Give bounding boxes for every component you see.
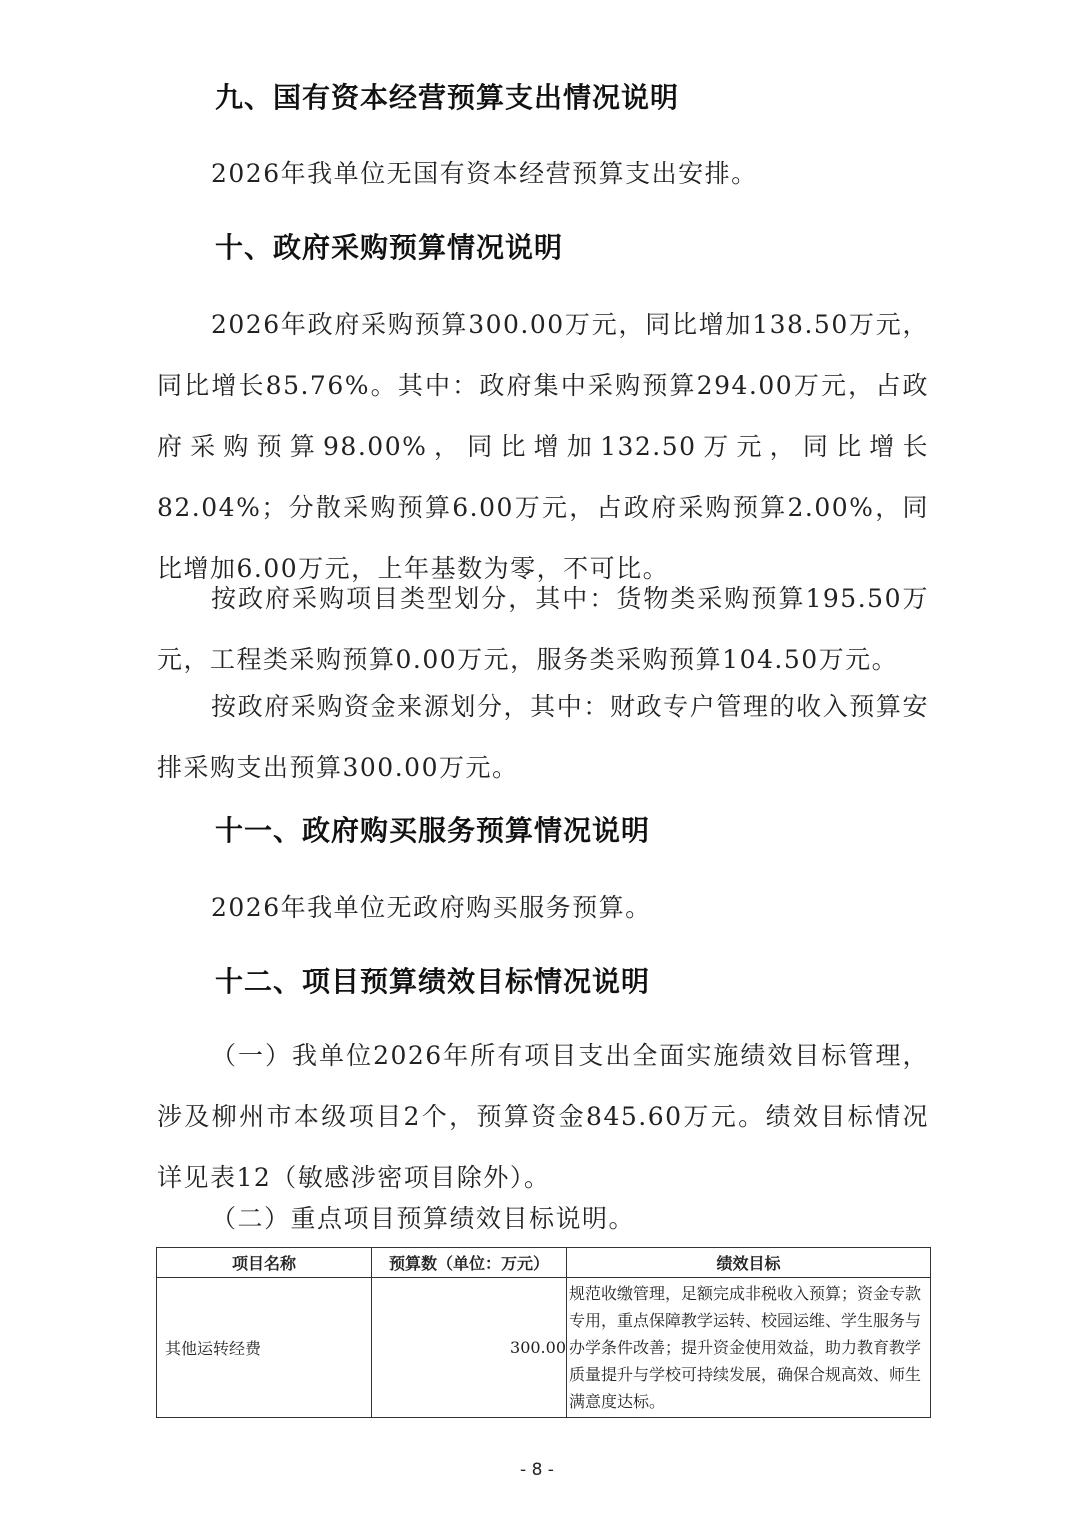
cell-project-name: 其他运转经费 <box>157 1278 372 1418</box>
cell-performance-goal: 规范收缴管理，足额完成非税收入预算；资金专款专用，重点保障教学运转、校园运维、学… <box>567 1278 931 1418</box>
column-header-goals: 绩效目标 <box>567 1248 931 1278</box>
section-heading-12: 十二、项目预算绩效目标情况说明 <box>215 962 650 1002</box>
page-number: - 8 - <box>0 1460 1074 1480</box>
column-header-project-name: 项目名称 <box>157 1248 372 1278</box>
paragraph: 2026年我单位无国有资本经营预算支出安排。 <box>157 143 929 204</box>
paragraph: （一）我单位2026年所有项目支出全面实施绩效目标管理，涉及柳州市本级项目2个，… <box>157 1025 929 1208</box>
performance-goals-table: 项目名称 预算数（单位：万元） 绩效目标 其他运转经费 300.00 规范收缴管… <box>156 1247 931 1418</box>
section-heading-11: 十一、政府购买服务预算情况说明 <box>215 811 650 851</box>
table-header-row: 项目名称 预算数（单位：万元） 绩效目标 <box>157 1248 931 1278</box>
table-row: 其他运转经费 300.00 规范收缴管理，足额完成非税收入预算；资金专款专用，重… <box>157 1278 931 1418</box>
paragraph: （二）重点项目预算绩效目标说明。 <box>157 1188 929 1249</box>
paragraph: 按政府采购资金来源划分，其中：财政专户管理的收入预算安排采购支出预算300.00… <box>157 676 929 798</box>
cell-budget-amount: 300.00 <box>372 1278 567 1418</box>
paragraph: 2026年我单位无政府购买服务预算。 <box>157 877 929 938</box>
section-heading-10: 十、政府采购预算情况说明 <box>215 228 563 268</box>
paragraph: 2026年政府采购预算300.00万元，同比增加138.50万元，同比增长85.… <box>157 294 929 599</box>
paragraph: 按政府采购项目类型划分，其中：货物类采购预算195.50万元，工程类采购预算0.… <box>157 568 929 690</box>
column-header-budget: 预算数（单位：万元） <box>372 1248 567 1278</box>
section-heading-9: 九、国有资本经营预算支出情况说明 <box>215 78 679 118</box>
document-page: 九、国有资本经营预算支出情况说明 2026年我单位无国有资本经营预算支出安排。 … <box>0 0 1074 1520</box>
